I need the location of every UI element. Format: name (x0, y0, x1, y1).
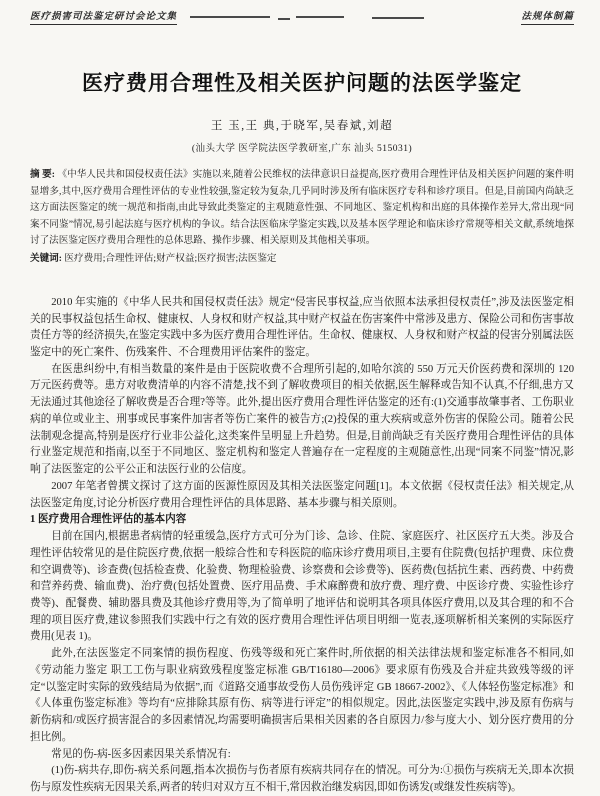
keywords-label: 关键词: (30, 253, 62, 264)
paragraph: 2007 年笔者曾撰文探讨了这方面的医源性原因及其相关法医鉴定问题[1]。本文依… (30, 479, 574, 512)
affiliation-line: (汕头大学 医学院法医学教研室,广东 汕头 515031) (30, 140, 574, 154)
abstract-text: 《中华人民共和国侵权责任法》实施以来,随着公民维权的法律意识日益提高,医疗费用合… (30, 169, 574, 246)
abstract-label: 摘 要: (30, 169, 55, 180)
paragraph: 2010 年实施的《中华人民共和国侵权责任法》规定“侵害民事权益,应当依照本法承… (30, 295, 574, 362)
header-right-text: 法规体制篇 (521, 8, 574, 25)
scan-artifact-line (296, 16, 344, 18)
scan-artifact-line (278, 18, 290, 20)
paragraph: 目前在国内,根据患者病情的轻重缓急,医疗方式可分为门诊、急诊、住院、家庭医疗、社… (30, 529, 574, 646)
scan-artifact-line (372, 17, 424, 19)
header-left-text: 医疗损害司法鉴定研讨会论文集 (30, 8, 177, 25)
paper-page: 医疗损害司法鉴定研讨会论文集 法规体制篇 医疗费用合理性及相关医护问题的法医学鉴… (0, 0, 600, 796)
paragraph: 常见的伤-病-医多因素因果关系情况有: (30, 747, 574, 764)
paragraph: 此外,在法医鉴定不同案情的损伤程度、伤残等级和死亡案件时,所依据的相关法律法规和… (30, 646, 574, 746)
authors-line: 王 玉,王 典,于晓军,吴春斌,刘超 (30, 117, 574, 133)
section-heading: 1 医疗费用合理性评估的基本内容 (30, 512, 574, 529)
article-body: 2010 年实施的《中华人民共和国侵权责任法》规定“侵害民事权益,应当依照本法承… (30, 295, 574, 796)
scan-artifact-line (190, 16, 270, 18)
keywords-block: 关键词: 医疗费用;合理性评估;财产权益;医疗损害;法医鉴定 (30, 251, 574, 267)
keywords-text: 医疗费用;合理性评估;财产权益;医疗损害;法医鉴定 (64, 253, 276, 264)
paragraph: (1)伤-病共存,即伤-病关系问题,指本次损伤与伤者原有疾病共同存在的情况。可分… (30, 763, 574, 796)
page-title: 医疗费用合理性及相关医护问题的法医学鉴定 (30, 67, 574, 97)
abstract-block: 摘 要: 《中华人民共和国侵权责任法》实施以来,随着公民维权的法律意识日益提高,… (30, 167, 574, 250)
paragraph: 在医患纠纷中,有相当数量的案件是由于医院收费不合理所引起的,如哈尔滨的 550 … (30, 362, 574, 479)
